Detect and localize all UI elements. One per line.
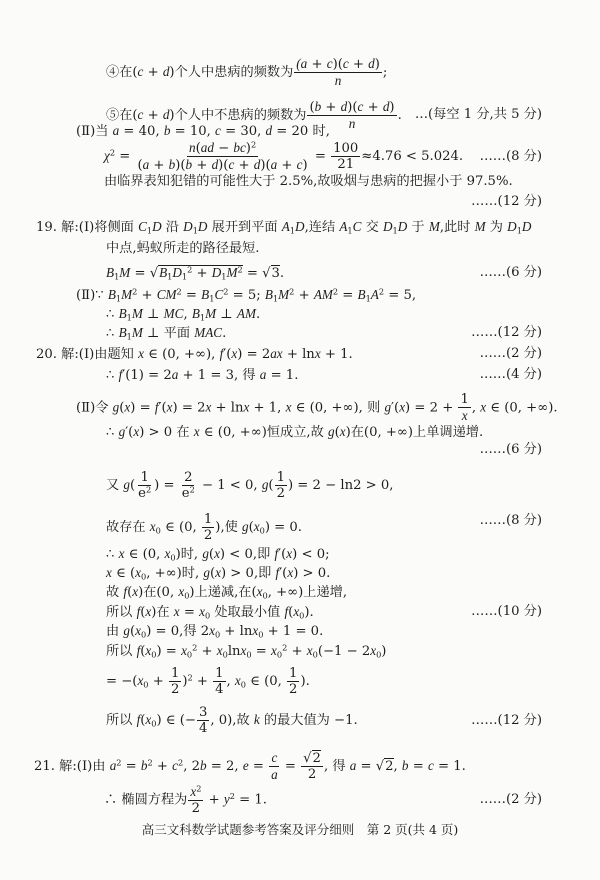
q19-part2-points: ……(12 分) — [471, 324, 542, 342]
q19-label: 19. 解: — [36, 220, 79, 235]
q19-part1-line1: 19. 解:(Ⅰ)将侧面 C1D 沿 D1D 展开到平面 A1D,连结 A1C … — [36, 218, 531, 237]
q21-line2-points: ……(2 分) — [480, 791, 542, 809]
q20-line9: 故 f(x)在(0, x0)上递减,在(x0, +∞)上递增, — [106, 583, 347, 602]
q21-line1: 21. 解:(Ⅰ)由 a2 = b2 + c2, 2b = 2, e = ca … — [34, 750, 466, 783]
q20-line4: ∴ g′(x) > 0 在 x ∈ (0, +∞)恒成立,故 g(x)在(0, … — [106, 423, 483, 442]
q20-line6: 故存在 x0 ∈ (0, 12),使 g(x0) = 0. — [106, 512, 302, 543]
q18-item5-points: …(每空 1 分,共 5 分) — [415, 106, 542, 124]
q20-line12: 所以 f(x0) = x02 + x0lnx0 = x02 + x0(−1 − … — [106, 642, 386, 661]
q20-line13: = −(x0 + 12)2 + 14, x0 ∈ (0, 12). — [106, 666, 310, 697]
q19-part1-points: ……(6 分) — [480, 264, 542, 282]
q20-line14: 所以 f(x0) ∈ (−34, 0),故 k 的最大值为 −1. — [106, 705, 358, 736]
q18-conclusion: 由临界表知犯错的可能性大于 2.5%,故吸烟与患病的把握小于 97.5%. — [104, 173, 513, 191]
q18-chi-points: ……(8 分) — [480, 148, 542, 166]
q21-label: 21. 解: — [34, 759, 77, 774]
q20-line8: x ∈ (x0, +∞)时, g(x) > 0,即 f′(x) > 0. — [106, 564, 330, 583]
page-footer: 高三文科数学试题参考答案及评分细则 第 2 页(共 4 页) — [0, 820, 600, 838]
q20-line3: (Ⅱ)令 g(x) = f′(x) = 2x + lnx + 1, x ∈ (0… — [76, 392, 558, 424]
q20-line10-points: ……(10 分) — [471, 603, 542, 621]
q19-part1-line2: 中点,蚂蚁所走的路径最短. — [106, 240, 259, 258]
q19-part1-formula: B1M = √B1D12 + D1M2 = √3. — [106, 264, 284, 283]
q19-part2-line1: (Ⅱ)∵ B1M2 + CM2 = B1C2 = 5; B1M2 + AM2 =… — [76, 286, 416, 305]
q20-line10: 所以 f(x)在 x = x0 处取最小值 f(x0). — [106, 603, 314, 622]
q20-line2-points: ……(4 分) — [480, 366, 542, 384]
q19-part2-line2: ∴ B1M ⊥ MC, B1M ⊥ AM. — [106, 305, 260, 324]
q18-part2-intro: (Ⅱ)当 a = 40, b = 10, c = 30, d = 20 时, — [76, 122, 330, 141]
q20-line1: 20. 解:(Ⅰ)由题知 x ∈ (0, +∞), f′(x) = 2ax + … — [36, 345, 353, 364]
q20-line7: ∴ x ∈ (0, x0)时, g(x) < 0,即 f′(x) < 0; — [106, 545, 330, 564]
q20-line2: ∴ f′(1) = 2a + 1 = 3, 得 a = 1. — [106, 366, 298, 385]
q20-line11: 由 g(x0) = 0,得 2x0 + lnx0 + 1 = 0. — [106, 622, 323, 641]
q20-label: 20. 解: — [36, 347, 79, 362]
q18-conclusion-points: ……(12 分) — [471, 193, 542, 211]
q20-line14-points: ……(12 分) — [471, 712, 542, 730]
q20-line5: 又 g(1e2) = 2e2 − 1 < 0, g(12) = 2 − ln2 … — [106, 470, 393, 501]
q21-line2: ∴ 椭圆方程为x22 + y2 = 1. — [104, 784, 267, 816]
q20-line6-points: ……(8 分) — [480, 512, 542, 530]
q20-line1-points: ……(2 分) — [480, 345, 542, 363]
q18-item4: ④在(c + d)个人中患病的频数为(a + c)(c + d)n; — [106, 56, 387, 89]
q19-part2-line3: ∴ B1M ⊥ 平面 MAC. — [106, 324, 226, 343]
q20-line4-points: ……(6 分) — [480, 441, 542, 459]
q18-chi-formula: χ2 = n(ad − bc)2(a + b)(b + d)(c + d)(a … — [104, 140, 463, 173]
